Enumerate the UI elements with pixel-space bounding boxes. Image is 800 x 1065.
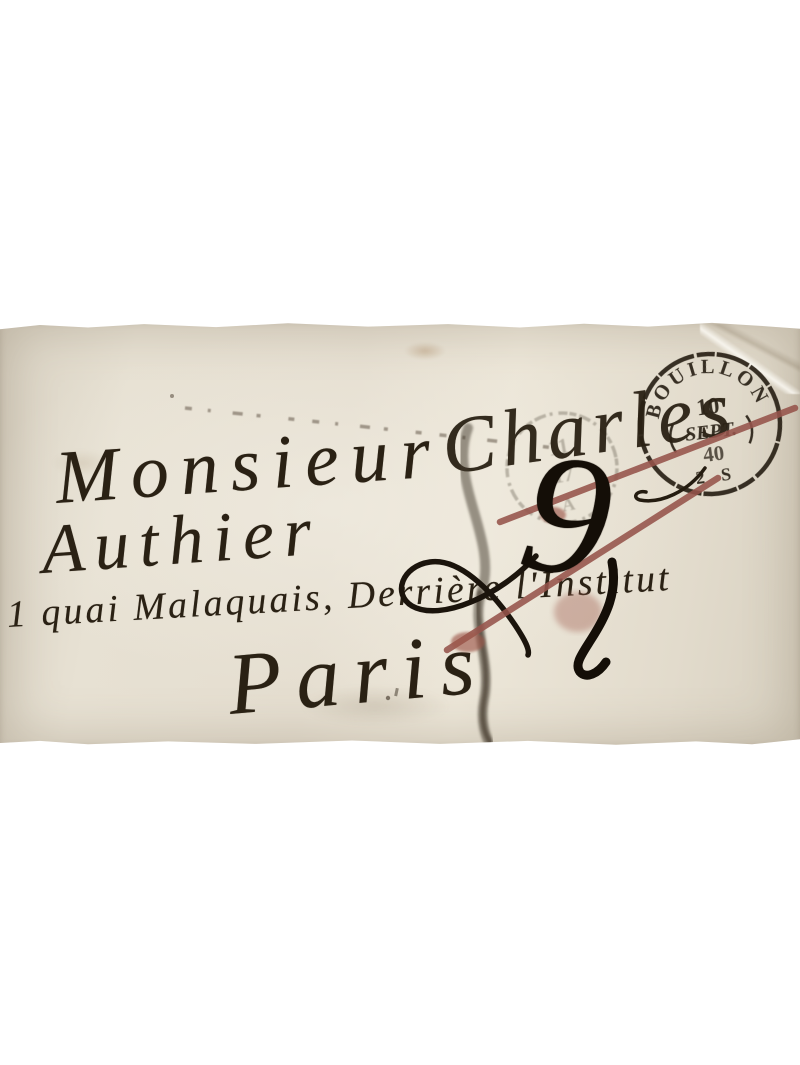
envelope: 11 17 A BOUILLON 10 SEPT. 40 2 S <box>0 322 800 746</box>
red-crayon-blob <box>451 632 485 652</box>
postal-markings-overlay <box>0 322 800 746</box>
scan-background: 11 17 A BOUILLON 10 SEPT. 40 2 S <box>0 0 800 1065</box>
